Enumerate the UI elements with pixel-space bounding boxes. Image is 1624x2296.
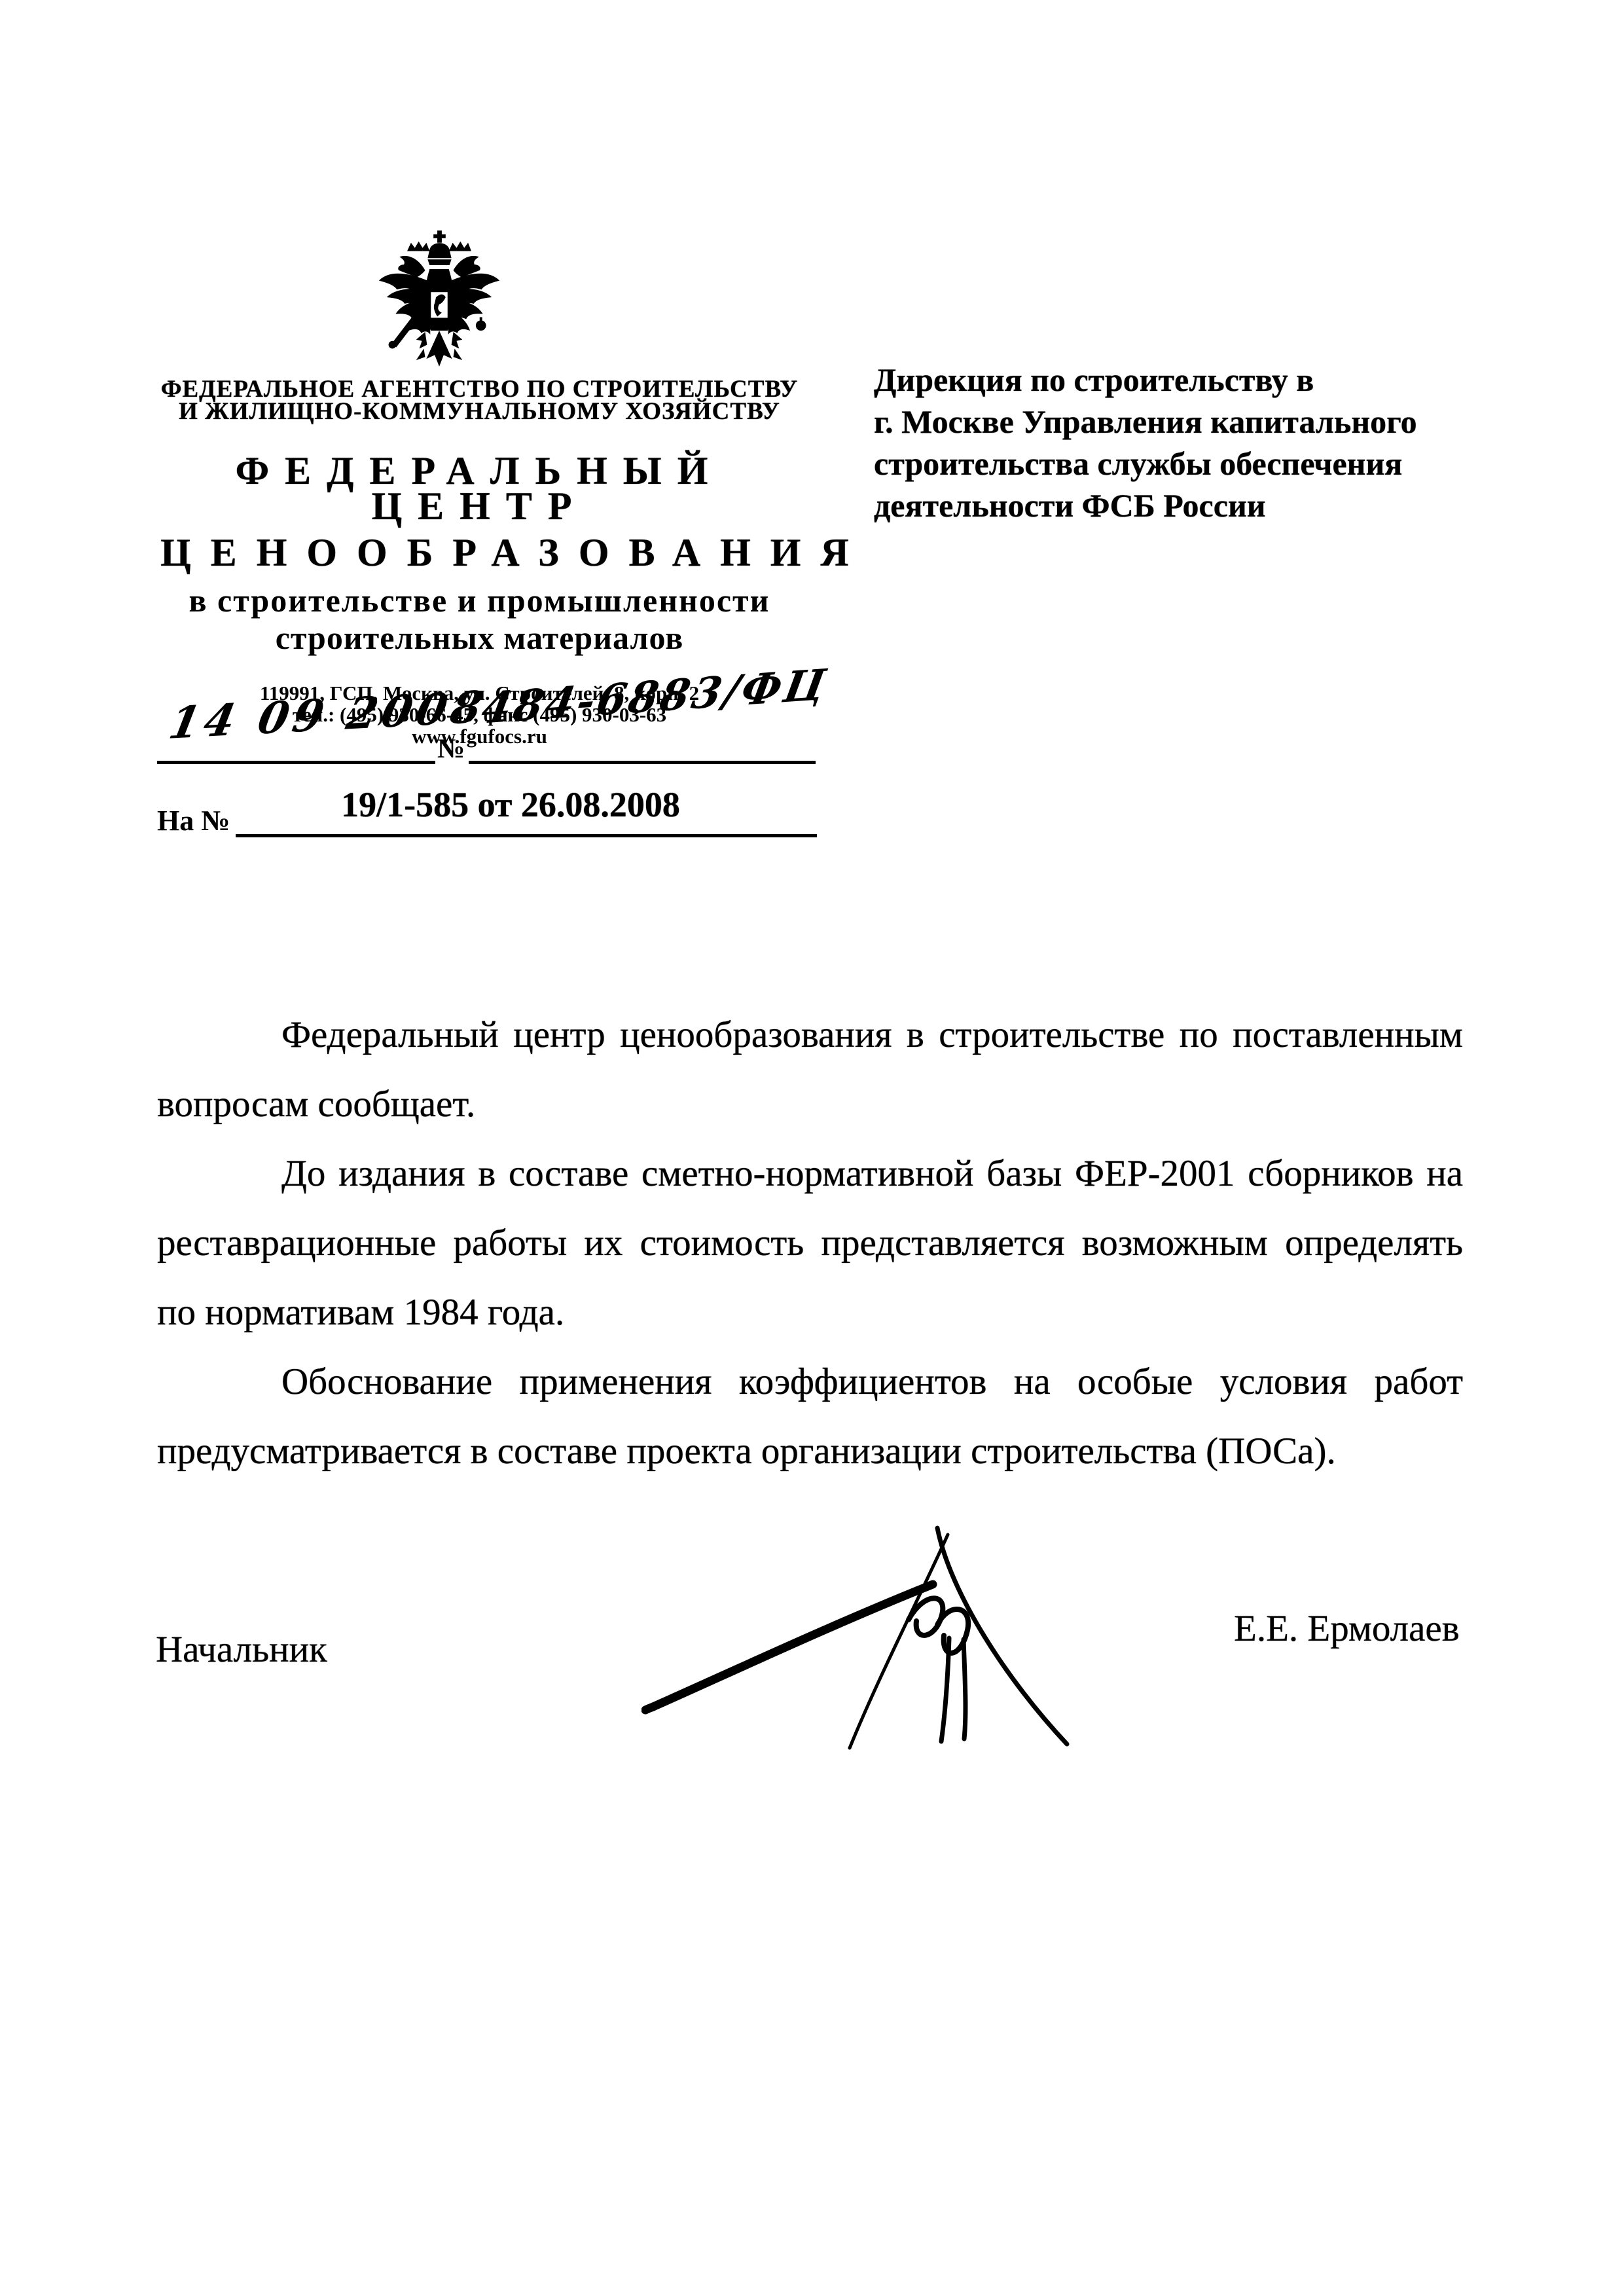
agency-name-line2: И ЖИЛИЩНО-КОММУНАЛЬНОМУ ХОЗЯЙСТВУ	[160, 401, 799, 423]
number-ruled-line	[469, 761, 816, 764]
incoming-reference-label: На №	[157, 804, 230, 837]
incoming-reference-value: 19/1-585 от 26.08.2008	[249, 784, 772, 825]
letter-body: Федеральный центр ценообразования в стро…	[157, 1000, 1463, 1486]
incoming-reference-ruled-line	[236, 834, 817, 837]
agency-name-line1: ФЕДЕРАЛЬНОЕ АГЕНТСТВО ПО СТРОИТЕЛЬСТВУ	[160, 378, 799, 401]
addressee-line: Дирекция по строительству в	[874, 359, 1515, 401]
org-subtitle-line1: в строительстве и промышленности	[160, 586, 799, 615]
body-paragraph-1: Федеральный центр ценообразования в стро…	[157, 1000, 1463, 1139]
coat-of-arms-eagle-icon	[375, 229, 503, 369]
org-name-line1: ФЕДЕРАЛЬНЫЙ ЦЕНТР	[160, 453, 799, 524]
org-name-line2: ЦЕНООБРАЗОВАНИЯ	[160, 535, 799, 570]
signer-name: Е.Е. Ермолаев	[1234, 1607, 1460, 1650]
body-paragraph-3: Обоснование применения коэффициентов на …	[157, 1347, 1463, 1486]
number-sign-label: №	[437, 733, 465, 765]
handwritten-signature-icon	[641, 1514, 1113, 1756]
addressee-line: строительства службы обеспечения	[874, 443, 1515, 484]
signer-position-title: Начальник	[156, 1628, 327, 1671]
addressee-line: г. Москве Управления капитального	[874, 401, 1515, 443]
date-ruled-line	[157, 761, 435, 764]
addressee-line: деятельности ФСБ России	[874, 484, 1515, 526]
addressee-block: Дирекция по строительству в г. Москве Уп…	[874, 359, 1515, 526]
org-subtitle-line2: строительных материалов	[160, 623, 799, 652]
body-paragraph-2: До издания в составе сметно-нормативной …	[157, 1139, 1463, 1347]
letter-page: ФЕДЕРАЛЬНОЕ АГЕНТСТВО ПО СТРОИТЕЛЬСТВУ И…	[0, 0, 1624, 2296]
